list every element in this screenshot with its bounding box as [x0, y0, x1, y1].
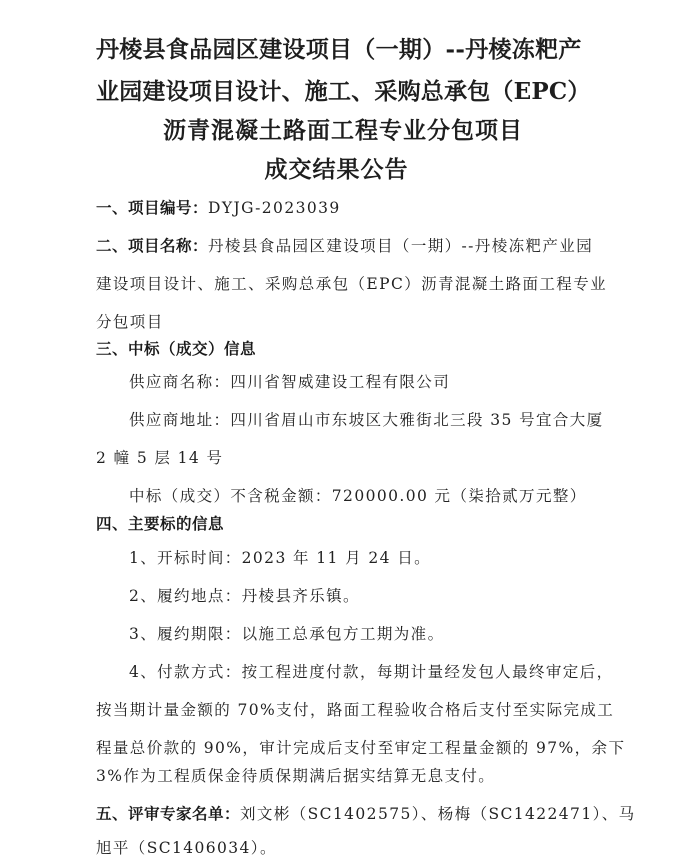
supplier-name: 供应商名称：四川省智威建设工程有限公司	[129, 372, 450, 392]
experts-heading: 五、评审专家名单：	[96, 805, 240, 823]
winning-info-heading: 三、中标（成交）信息	[96, 339, 256, 359]
payment-method-line-1: 4、付款方式：按工程进度付款，每期计量经发包人最终审定后，	[129, 662, 613, 682]
title-line-1: 丹棱县食品园区建设项目（一期）--丹棱冻粑产	[96, 38, 673, 62]
announcement-title: 成交结果公告	[0, 158, 673, 182]
project-name-line-3: 分包项目	[96, 312, 164, 332]
bid-opening-time: 1、开标时间：2023 年 11 月 24 日。	[129, 548, 431, 568]
winning-amount: 中标（成交）不含税金额：720000.00 元（柒拾贰万元整）	[129, 486, 587, 506]
payment-method-line-4: 3%作为工程质保金待质保期满后据实结算无息支付。	[96, 766, 495, 786]
main-subject-heading: 四、主要标的信息	[96, 514, 224, 534]
project-name-text-1: 丹棱县食品园区建设项目（一期）--丹棱冻粑产业园	[208, 237, 593, 255]
project-name-line-2: 建设项目设计、施工、采购总承包（EPC）沥青混凝土路面工程专业	[96, 274, 607, 294]
supplier-address-line-2: 2 幢 5 层 14 号	[96, 448, 223, 468]
experts-names-1: 刘文彬（SC1402575）、杨梅（SC1422471）、马	[240, 805, 636, 823]
performance-period: 3、履约期限：以施工总承包方工期为准。	[129, 624, 444, 644]
project-number-heading: 一、项目编号：	[96, 199, 208, 217]
payment-method-line-2: 按当期计量金额的 70%支付，路面工程验收合格后支付至实际完成工	[96, 700, 614, 720]
title-line-2: 业园建设项目设计、施工、采购总承包（EPC）	[96, 80, 673, 104]
performance-location: 2、履约地点：丹棱县齐乐镇。	[129, 586, 360, 606]
experts-line-1: 五、评审专家名单：刘文彬（SC1402575）、杨梅（SC1422471）、马	[96, 804, 636, 824]
experts-line-2: 旭平（SC1406034）。	[96, 838, 277, 856]
project-name-heading: 二、项目名称：	[96, 237, 208, 255]
supplier-address-line-1: 供应商地址：四川省眉山市东坡区大雅街北三段 35 号宜合大厦	[129, 410, 604, 430]
project-name-line-1: 二、项目名称：丹棱县食品园区建设项目（一期）--丹棱冻粑产业园	[96, 236, 593, 256]
payment-method-line-3: 程量总价款的 90%，审计完成后支付至审定工程量金额的 97%，余下	[96, 738, 625, 758]
project-number-line: 一、项目编号：DYJG-2023039	[96, 198, 341, 218]
project-number-value: DYJG-2023039	[208, 199, 341, 217]
title-line-3: 沥青混凝土路面工程专业分包项目	[163, 119, 673, 143]
